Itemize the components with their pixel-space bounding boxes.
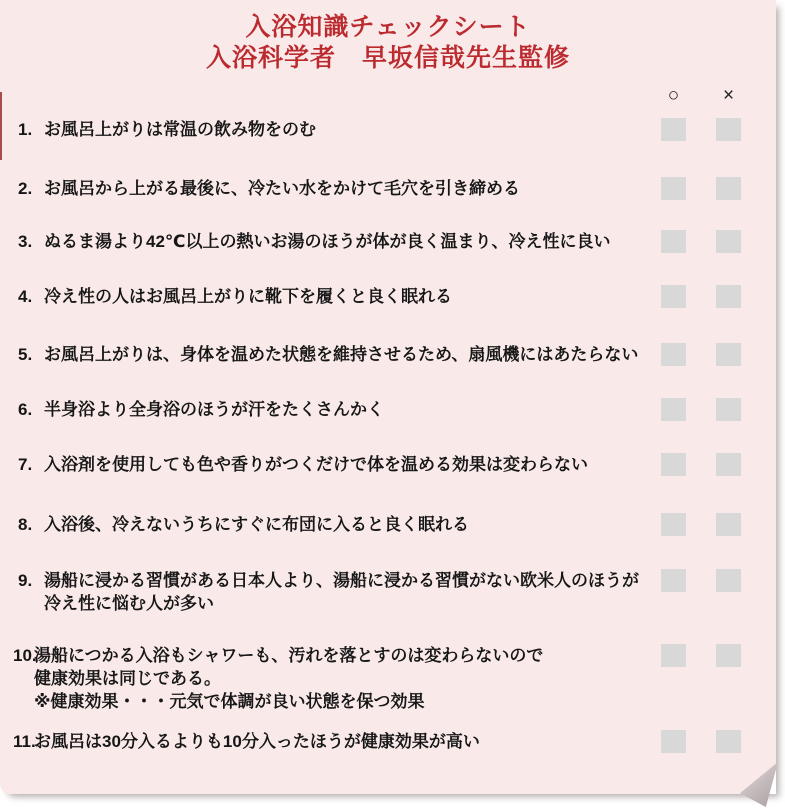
checkbox-correct[interactable]: [661, 343, 686, 366]
question-text: 冷え性に悩む人が多い: [44, 592, 656, 615]
checkbox-correct[interactable]: [661, 730, 686, 753]
column-header-correct: ○: [661, 84, 686, 108]
question-number: 6.: [18, 398, 42, 421]
question-number: 4.: [18, 285, 42, 308]
question-row-10: 10. 湯船につかる入浴もシャワーも、汚れを落とすのは変わらないので 健康効果は…: [0, 644, 776, 713]
question-number: 5.: [18, 343, 42, 366]
question-row-3: 3. ぬるま湯より42℃以上の熱いお湯のほうが体が良く温まり、冷え性に良い: [0, 230, 776, 253]
checkbox-wrong[interactable]: [716, 453, 741, 476]
checkbox-wrong[interactable]: [716, 230, 741, 253]
question-number: 8.: [18, 513, 42, 536]
check-sheet: 入浴知識チェックシート 入浴科学者 早坂信哉先生監修 ○ × 1. お風呂上がり…: [0, 0, 776, 794]
question-row-6: 6. 半身浴より全身浴のほうが汗をたくさんかく: [0, 398, 776, 421]
checkbox-wrong[interactable]: [716, 343, 741, 366]
checkbox-correct[interactable]: [661, 285, 686, 308]
question-row-8: 8. 入浴後、冷えないうちにすぐに布団に入ると良く眠れる: [0, 513, 776, 536]
checkbox-wrong[interactable]: [716, 730, 741, 753]
question-text: 湯船に浸かる習慣がある日本人より、湯船に浸かる習慣がない欧米人のほうが: [44, 569, 656, 592]
checkbox-correct[interactable]: [661, 230, 686, 253]
question-text: ※健康効果・・・元気で体調が良い状態を保つ効果: [34, 690, 656, 713]
question-text: 健康効果は同じである。: [34, 667, 656, 690]
question-number: 7.: [18, 453, 42, 476]
question-text: お風呂上がりは、身体を温めた状態を維持させるため、扇風機にはあたらない: [44, 343, 656, 366]
question-text: 湯船につかる入浴もシャワーも、汚れを落とすのは変わらないので: [34, 644, 656, 667]
checkbox-wrong[interactable]: [716, 513, 741, 536]
question-number: 9.: [18, 569, 42, 592]
column-header-wrong: ×: [716, 84, 741, 108]
sheet-subtitle: 入浴科学者 早坂信哉先生監修: [0, 43, 776, 74]
checkbox-correct[interactable]: [661, 177, 686, 200]
checkbox-wrong[interactable]: [716, 644, 741, 667]
checkbox-wrong[interactable]: [716, 285, 741, 308]
question-text: お風呂から上がる最後に、冷たい水をかけて毛穴を引き締める: [44, 177, 656, 200]
question-text: お風呂は30分入るよりも10分入ったほうが健康効果が高い: [34, 730, 656, 753]
question-row-11: 11. お風呂は30分入るよりも10分入ったほうが健康効果が高い: [0, 730, 776, 753]
question-text: 半身浴より全身浴のほうが汗をたくさんかく: [44, 398, 656, 421]
question-text: お風呂上がりは常温の飲み物をのむ: [44, 118, 656, 141]
checkbox-wrong[interactable]: [716, 398, 741, 421]
checkbox-wrong[interactable]: [716, 118, 741, 141]
question-row-1: 1. お風呂上がりは常温の飲み物をのむ: [0, 118, 776, 141]
canvas: 入浴知識チェックシート 入浴科学者 早坂信哉先生監修 ○ × 1. お風呂上がり…: [0, 0, 785, 812]
question-number: 3.: [18, 230, 42, 253]
question-text: ぬるま湯より42℃以上の熱いお湯のほうが体が良く温まり、冷え性に良い: [44, 230, 656, 253]
checkbox-wrong[interactable]: [716, 569, 741, 592]
question-row-4: 4. 冷え性の人はお風呂上がりに靴下を履くと良く眠れる: [0, 285, 776, 308]
question-row-2: 2. お風呂から上がる最後に、冷たい水をかけて毛穴を引き締める: [0, 177, 776, 200]
question-text: 入浴後、冷えないうちにすぐに布団に入ると良く眠れる: [44, 513, 656, 536]
checkbox-wrong[interactable]: [716, 177, 741, 200]
sheet-title: 入浴知識チェックシート: [0, 12, 776, 43]
question-text: 入浴剤を使用しても色や香りがつくだけで体を温める効果は変わらない: [44, 453, 656, 476]
checkbox-correct[interactable]: [661, 453, 686, 476]
question-text: 冷え性の人はお風呂上がりに靴下を履くと良く眠れる: [44, 285, 656, 308]
checkbox-correct[interactable]: [661, 118, 686, 141]
question-row-9: 9. 湯船に浸かる習慣がある日本人より、湯船に浸かる習慣がない欧米人のほうが 冷…: [0, 569, 776, 615]
checkbox-correct[interactable]: [661, 513, 686, 536]
question-row-5: 5. お風呂上がりは、身体を温めた状態を維持させるため、扇風機にはあたらない: [0, 343, 776, 366]
question-number: 10.: [13, 644, 41, 667]
question-number: 11.: [13, 730, 41, 753]
title-block: 入浴知識チェックシート 入浴科学者 早坂信哉先生監修: [0, 12, 776, 74]
question-number: 2.: [18, 177, 42, 200]
checkbox-correct[interactable]: [661, 569, 686, 592]
checkbox-correct[interactable]: [661, 644, 686, 667]
question-row-7: 7. 入浴剤を使用しても色や香りがつくだけで体を温める効果は変わらない: [0, 453, 776, 476]
checkbox-correct[interactable]: [661, 398, 686, 421]
question-number: 1.: [18, 118, 42, 141]
